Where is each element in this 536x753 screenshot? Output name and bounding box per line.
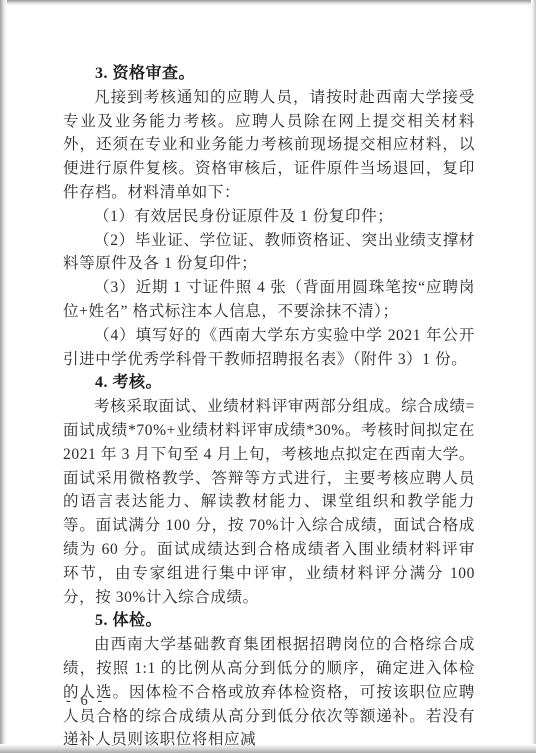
section-5-heading: 5. 体检。 (63, 609, 475, 633)
checklist-item-3: （3）近期 1 寸证件照 4 张（背面用圆珠笔按“应聘岗位+姓名” 格式标注本人… (63, 276, 475, 324)
section-4-paragraph: 考核采取面试、业绩材料评审两部分组成。综合成绩=面试成绩*70%+业绩材料评审成… (63, 395, 475, 609)
page-edge-top (0, 0, 536, 6)
section-3-intro-paragraph: 凡接到考核通知的应聘人员，请按时赴西南大学接受专业及业务能力考核。应聘人员除在网… (63, 86, 475, 205)
page-edge-right (531, 0, 536, 753)
scanned-document-page: 3. 资格审查。 凡接到考核通知的应聘人员，请按时赴西南大学接受专业及业务能力考… (0, 0, 536, 753)
section-3-heading: 3. 资格审查。 (63, 62, 475, 86)
checklist-item-1: （1）有效居民身份证原件及 1 份复印件； (63, 205, 475, 229)
page-number: - 6 - (66, 693, 105, 710)
checklist-item-4: （4）填写好的《西南大学东方实验中学 2021 年公开引进中学优秀学科骨干教师招… (63, 324, 475, 372)
page-edge-left (0, 0, 7, 753)
checklist-item-2: （2）毕业证、学位证、教师资格证、突出业绩支撑材料等原件及各 1 份复印件； (63, 229, 475, 277)
section-5-paragraph: 由西南大学基础教育集团根据招聘岗位的合格综合成绩，按照 1:1 的比例从高分到低… (63, 633, 475, 752)
section-4-heading: 4. 考核。 (63, 371, 475, 395)
document-body: 3. 资格审查。 凡接到考核通知的应聘人员，请按时赴西南大学接受专业及业务能力考… (63, 62, 475, 752)
